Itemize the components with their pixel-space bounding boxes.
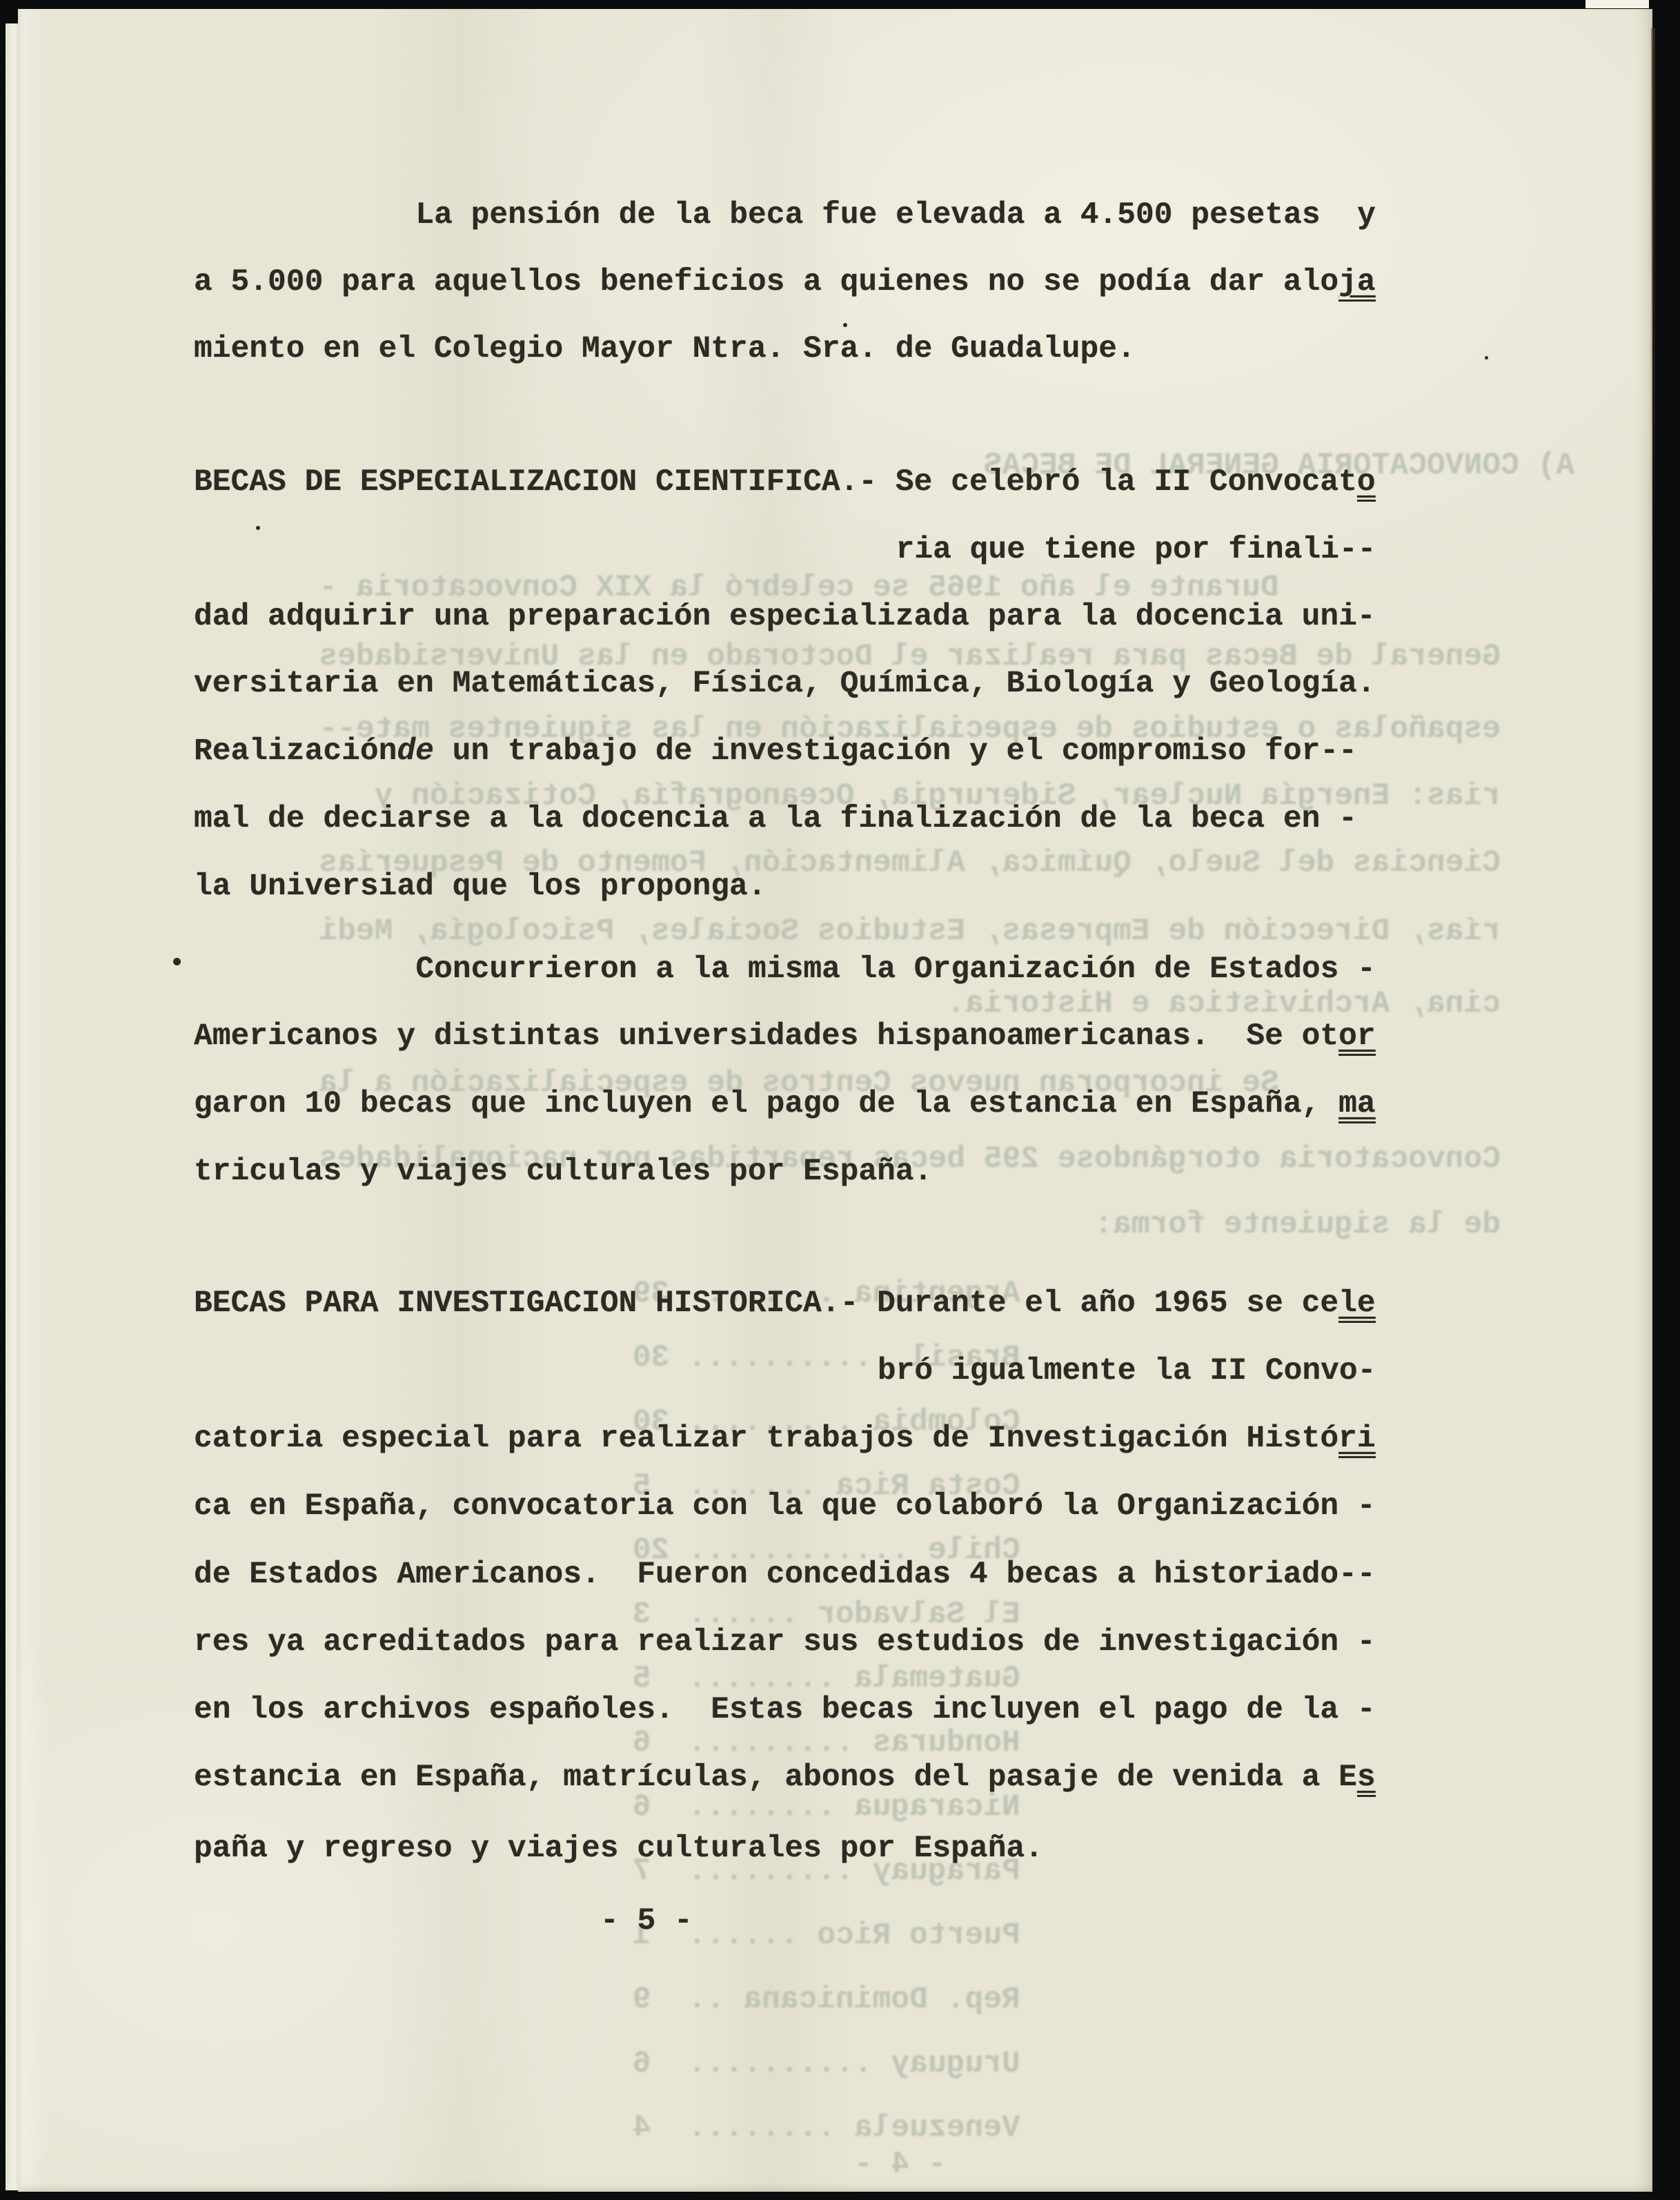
text-segment: la Universiad que los proponga. bbox=[194, 870, 767, 904]
text-segment: ca en España, convocatoria con la que co… bbox=[194, 1489, 1376, 1524]
text-segment: de Estados Americanos. Fueron concedidas… bbox=[194, 1558, 1376, 1592]
scan-background: A) CONVOCATORIA GENERAL DE BECASDurante … bbox=[0, 0, 1680, 2200]
text-segment: miento en el Colegio Mayor Ntra. Sra. de… bbox=[194, 332, 1136, 366]
text-line: catoria especial para realizar trabajos … bbox=[194, 1420, 1376, 1457]
scanned-page: A) CONVOCATORIA GENERAL DE BECASDurante … bbox=[18, 9, 1652, 2192]
page-number: - 5 - bbox=[600, 1903, 693, 1940]
text-line: dad adquirir una preparación especializa… bbox=[194, 598, 1376, 636]
text-segment: Concurrieron a la misma la Organización … bbox=[415, 952, 1376, 987]
text-line: Americanos y distintas universidades his… bbox=[194, 1018, 1376, 1055]
page-corner-tab bbox=[1585, 0, 1649, 8]
text-line: la Universiad que los proponga. bbox=[194, 868, 767, 905]
text-segment: paña y regreso y viajes culturales por E… bbox=[194, 1831, 1043, 1866]
text-segment: Americanos y distintas universidades his… bbox=[194, 1019, 1338, 1054]
text-segment: a 5.000 para aquellos beneficios a quien… bbox=[194, 265, 1338, 299]
text-segment: dad adquirir una preparación especializa… bbox=[194, 600, 1376, 634]
text-line: garon 10 becas que incluyen el pago de l… bbox=[194, 1086, 1376, 1123]
ink-speck bbox=[173, 958, 181, 965]
text-line: triculas y viajes culturales por España. bbox=[194, 1153, 932, 1190]
text-segment: versitaria en Matemáticas, Física, Quími… bbox=[194, 667, 1376, 701]
typewritten-text-layer: - 5 - La pensión de la beca fue elevada … bbox=[18, 9, 1652, 2192]
text-line: miento en el Colegio Mayor Ntra. Sra. de… bbox=[194, 331, 1136, 368]
text-line: paña y regreso y viajes culturales por E… bbox=[194, 1830, 1043, 1867]
text-segment: de bbox=[397, 734, 434, 769]
text-segment: res ya acreditados para realizar sus est… bbox=[194, 1625, 1376, 1660]
text-line: ca en España, convocatoria con la que co… bbox=[194, 1488, 1376, 1525]
text-line: ria que tiene por finali-- bbox=[896, 531, 1376, 569]
underlined-text-segment: or bbox=[1338, 1019, 1376, 1056]
ink-speck bbox=[256, 526, 260, 530]
underlined-text-segment: ma bbox=[1338, 1087, 1376, 1123]
text-segment: estancia en España, matrículas, abonos d… bbox=[194, 1760, 1357, 1795]
text-line: de Estados Americanos. Fueron concedidas… bbox=[194, 1556, 1376, 1593]
text-segment: BECAS PARA INVESTIGACION HISTORICA.- Dur… bbox=[194, 1286, 1338, 1321]
text-segment: ria que tiene por finali-- bbox=[896, 533, 1376, 567]
ink-speck bbox=[1485, 356, 1488, 360]
text-line: La pensión de la beca fue elevada a 4.50… bbox=[415, 197, 1376, 234]
text-line: mal de deciarse a la docencia a la final… bbox=[194, 801, 1357, 838]
text-segment: Realización bbox=[194, 734, 397, 769]
text-line: res ya acreditados para realizar sus est… bbox=[194, 1624, 1376, 1661]
underlined-text-segment: s bbox=[1357, 1760, 1376, 1797]
text-line: Realizaciónde un trabajo de investigació… bbox=[194, 733, 1357, 770]
text-segment: en los archivos españoles. Estas becas i… bbox=[194, 1693, 1376, 1727]
text-line: a 5.000 para aquellos beneficios a quien… bbox=[194, 264, 1376, 301]
text-segment: bró igualmente la II Convo- bbox=[878, 1354, 1376, 1388]
text-line: BECAS DE ESPECIALIZACION CIENTIFICA.- Se… bbox=[194, 464, 1376, 501]
paper-edge-shadow bbox=[1651, 28, 1655, 649]
text-line: estancia en España, matrículas, abonos d… bbox=[194, 1759, 1376, 1796]
text-line: versitaria en Matemáticas, Física, Quími… bbox=[194, 665, 1376, 703]
underlined-text-segment: le bbox=[1338, 1286, 1376, 1323]
text-line: BECAS PARA INVESTIGACION HISTORICA.- Dur… bbox=[194, 1285, 1376, 1322]
underlined-text-segment: o bbox=[1357, 465, 1376, 502]
underlined-text-segment: ja bbox=[1338, 265, 1376, 302]
text-segment: La pensión de la beca fue elevada a 4.50… bbox=[415, 198, 1376, 233]
text-line: en los archivos españoles. Estas becas i… bbox=[194, 1691, 1376, 1729]
text-segment: catoria especial para realizar trabajos … bbox=[194, 1422, 1338, 1456]
text-segment: un trabajo de investigación y el comprom… bbox=[434, 734, 1357, 769]
ink-speck bbox=[843, 323, 847, 327]
text-segment: triculas y viajes culturales por España. bbox=[194, 1155, 932, 1189]
text-segment: mal de deciarse a la docencia a la final… bbox=[194, 802, 1357, 836]
text-line: bró igualmente la II Convo- bbox=[878, 1353, 1376, 1390]
text-line: Concurrieron a la misma la Organización … bbox=[415, 951, 1376, 988]
text-segment: BECAS DE ESPECIALIZACION CIENTIFICA.- Se… bbox=[194, 465, 1357, 500]
text-segment: garon 10 becas que incluyen el pago de l… bbox=[194, 1087, 1338, 1121]
underlined-text-segment: ri bbox=[1338, 1422, 1376, 1458]
